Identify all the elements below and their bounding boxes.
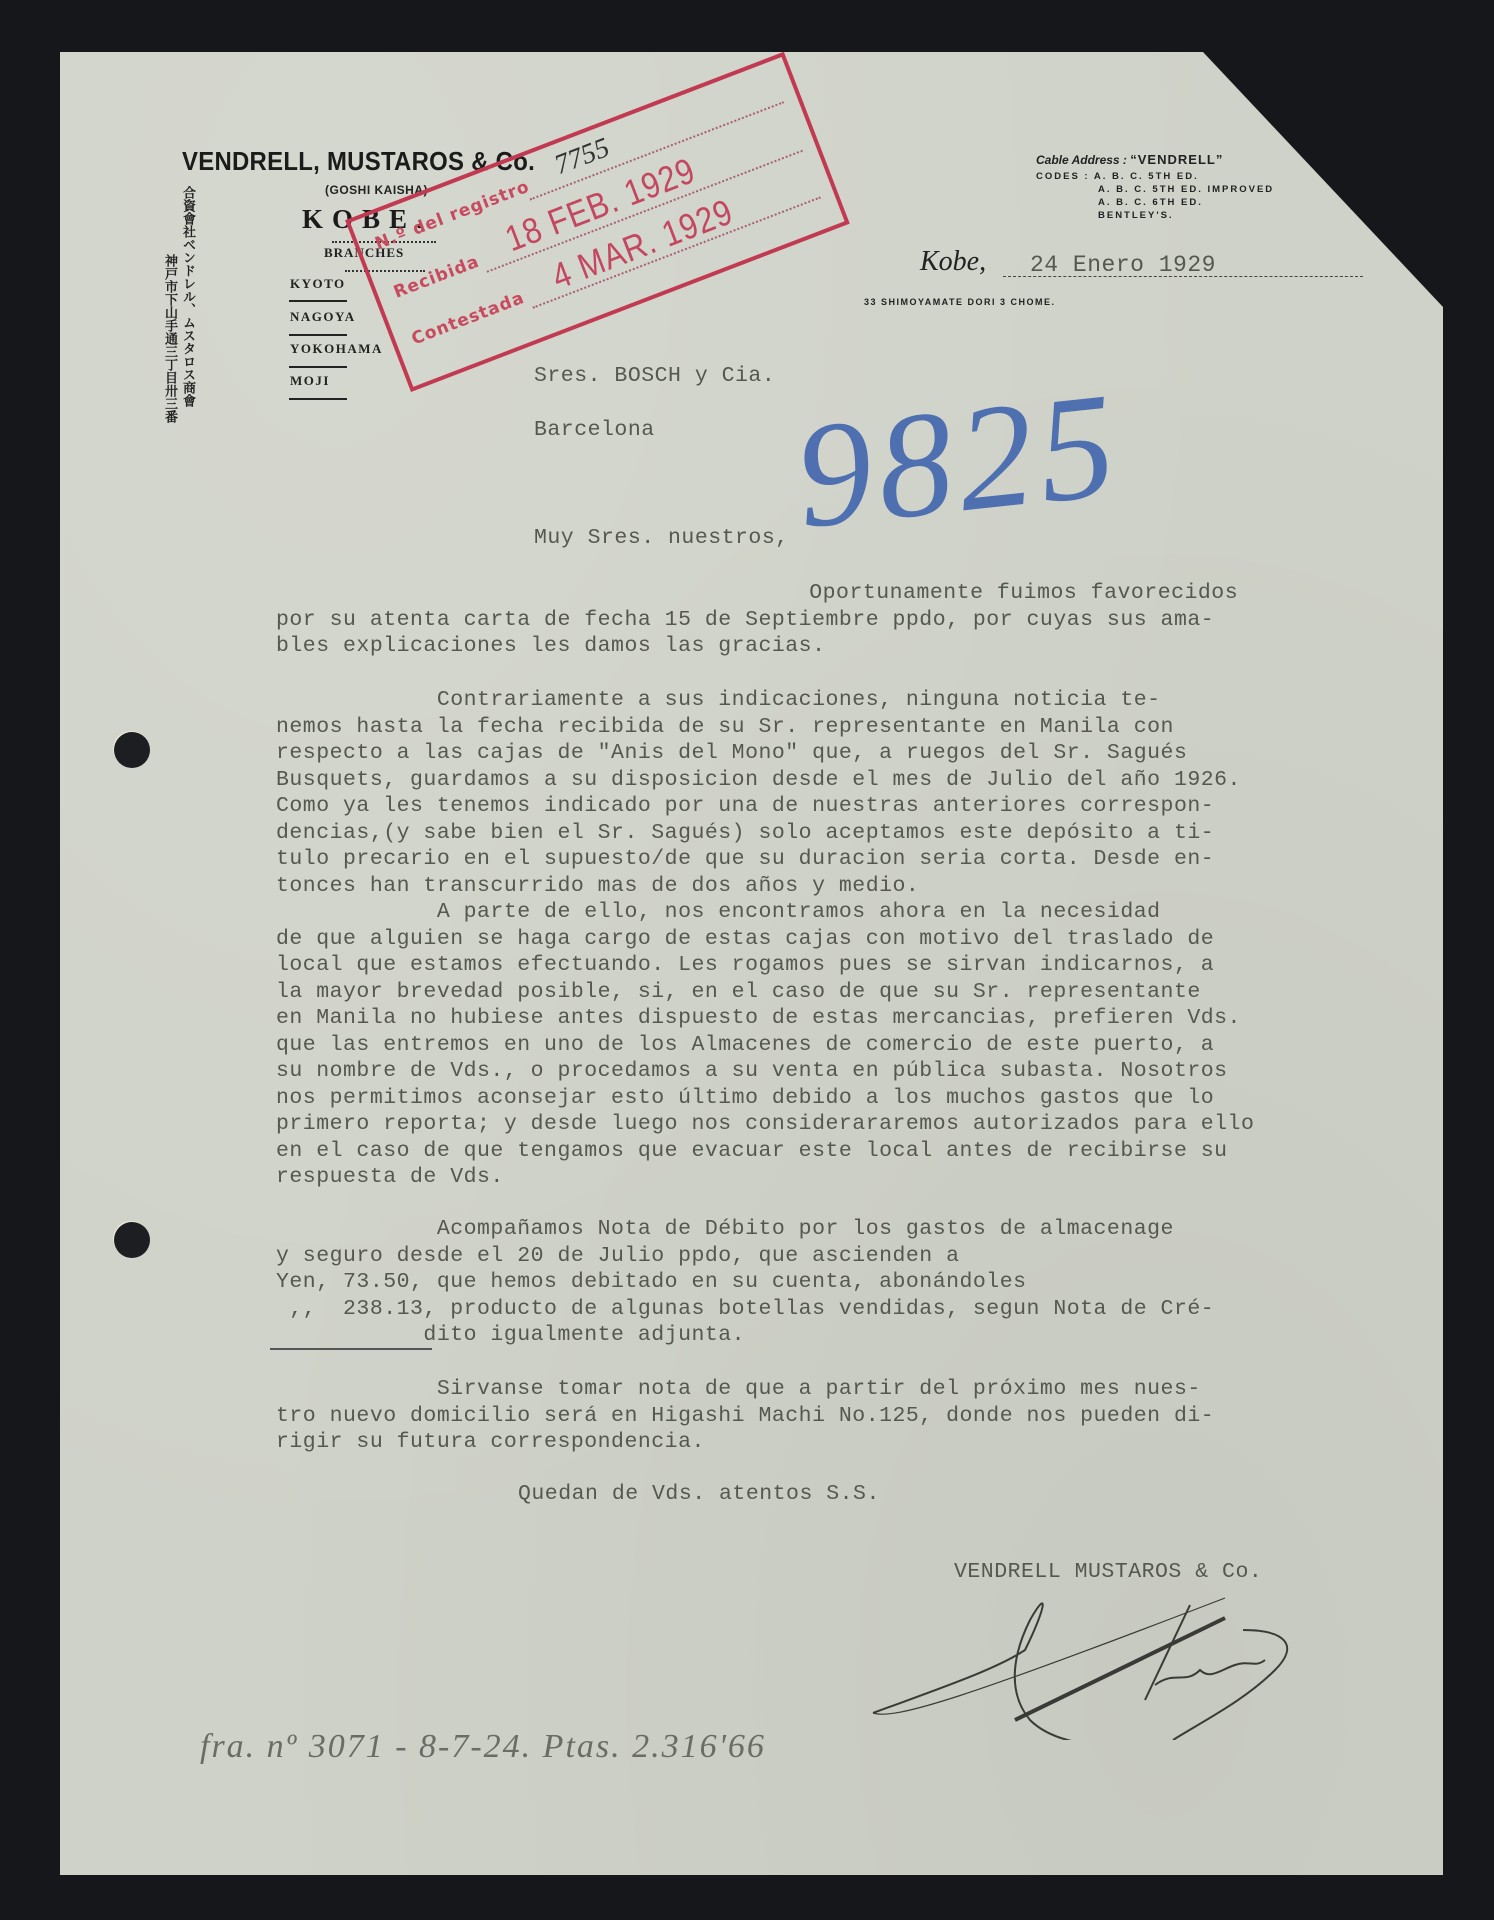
place-script: Kobe, xyxy=(920,246,986,278)
japanese-company-name: 合資會社ベンドレル、ムスタロス商會 xyxy=(180,186,195,436)
branch-moji: MOJI xyxy=(290,373,330,389)
cable-label: Cable Address : xyxy=(1036,153,1127,167)
body-line: primero reporta; y desde luego nos consi… xyxy=(276,1111,1254,1138)
body-line: que las entremos en uno de los Almacenes… xyxy=(276,1032,1254,1059)
handwritten-signature xyxy=(855,1590,1295,1740)
body-line: Oportunamente fuimos favorecidos xyxy=(276,580,1238,607)
branch-divider xyxy=(289,300,347,302)
branch-divider xyxy=(289,398,347,400)
body-line: nos permitimos aconsejar esto último deb… xyxy=(276,1085,1254,1112)
body-line: nemos hasta la fecha recibida de su Sr. … xyxy=(276,714,1254,741)
street-address: 33 SHIMOYAMATE DORI 3 CHOME. xyxy=(864,297,1056,307)
branch-kyoto: KYOTO xyxy=(290,276,346,292)
paragraph-3: Acompañamos Nota de Débito por los gasto… xyxy=(276,1216,1214,1349)
body-line: dencias,(y sabe bien el Sr. Sagués) solo… xyxy=(276,820,1254,847)
telegraph-codes: CODES : A. B. C. 5TH ED. A. B. C. 5TH ED… xyxy=(1036,170,1274,222)
body-line: Busquets, guardamos a su disposicion des… xyxy=(276,767,1254,794)
body-line: tulo precario en el supuesto/de que su d… xyxy=(276,846,1254,873)
body-line: tro nuevo domicilio será en Higashi Mach… xyxy=(276,1403,1214,1430)
letter-date: 24 Enero 1929 xyxy=(1030,252,1216,278)
cable-address: Cable Address : “VENDRELL” xyxy=(1036,152,1223,167)
body-line: Sirvanse tomar nota de que a partir del … xyxy=(276,1376,1214,1403)
paragraph-1: Oportunamente fuimos favorecidos por su … xyxy=(276,580,1238,660)
recipient-city: Barcelona xyxy=(534,418,655,442)
body-line: A parte de ello, nos encontramos ahora e… xyxy=(276,899,1254,926)
branch-nagoya: NAGOYA xyxy=(290,309,356,325)
body-line: de que alguien se haga cargo de estas ca… xyxy=(276,926,1254,953)
cable-value: “VENDRELL” xyxy=(1130,152,1223,167)
body-line: respuesta de Vds. xyxy=(276,1164,1254,1191)
recipient-name: Sres. BOSCH y Cia. xyxy=(534,364,775,388)
binder-hole-bottom xyxy=(114,1222,150,1258)
code-item: A. B. C. 5TH ED. IMPROVED xyxy=(1036,183,1274,196)
binder-hole-top xyxy=(114,732,150,768)
body-line: ,, 238.13, producto de algunas botellas … xyxy=(276,1296,1214,1323)
stamp-label-recibida: Recibida xyxy=(391,252,482,303)
paragraph-2: Contrariamente a sus indicaciones, ningu… xyxy=(276,687,1254,1191)
codes-label: CODES : xyxy=(1036,171,1090,182)
stamp-label-contestada: Contestada xyxy=(409,288,528,349)
blue-handwritten-number: 9825 xyxy=(788,358,1128,563)
body-line: en el caso de que tengamos que evacuar e… xyxy=(276,1138,1254,1165)
code-item: A. B. C. 6TH ED. xyxy=(1036,196,1274,209)
code-item: BENTLEY'S. xyxy=(1036,209,1274,222)
body-line: Acompañamos Nota de Débito por los gasto… xyxy=(276,1216,1214,1243)
body-line: respecto a las cajas de "Anis del Mono" … xyxy=(276,740,1254,767)
sum-underline xyxy=(270,1348,432,1350)
body-line: y seguro desde el 20 de Julio ppdo, que … xyxy=(276,1243,1214,1270)
body-line: Yen, 73.50, que hemos debitado en su cue… xyxy=(276,1269,1214,1296)
registro-number: 7755 xyxy=(550,132,614,182)
body-line: Como ya les tenemos indicado por una de … xyxy=(276,793,1254,820)
body-line: en Manila no hubiese antes dispuesto de … xyxy=(276,1005,1254,1032)
body-line: local que estamos efectuando. Les rogamo… xyxy=(276,952,1254,979)
branch-yokohama: YOKOHAMA xyxy=(290,341,383,357)
code-item: A. B. C. 5TH ED. xyxy=(1094,171,1199,182)
signature-company: VENDRELL MUSTAROS & Co. xyxy=(954,1560,1262,1584)
body-line: bles explicaciones les damos las gracias… xyxy=(276,633,1238,660)
body-line: rigir su futura correspondencia. xyxy=(276,1429,1214,1456)
body-line: tonces han transcurrido mas de dos años … xyxy=(276,873,1254,900)
closing: Quedan de Vds. atentos S.S. xyxy=(518,1482,880,1506)
japanese-address: 神戸市下山手通三丁目卅三番 xyxy=(162,254,177,444)
body-line: su nombre de Vds., o procedamos a su ven… xyxy=(276,1058,1254,1085)
pencil-footnote: fra. nº 3071 - 8-7-24. Ptas. 2.316'66 xyxy=(200,1728,766,1766)
branch-divider xyxy=(289,366,347,368)
paragraph-4: Sirvanse tomar nota de que a partir del … xyxy=(276,1376,1214,1456)
body-line: por su atenta carta de fecha 15 de Septi… xyxy=(276,607,1238,634)
branch-divider xyxy=(289,334,347,336)
salutation: Muy Sres. nuestros, xyxy=(534,526,789,550)
body-line: Contrariamente a sus indicaciones, ningu… xyxy=(276,687,1254,714)
body-line: la mayor brevedad posible, si, en el cas… xyxy=(276,979,1254,1006)
body-line: dito igualmente adjunta. xyxy=(276,1322,1214,1349)
